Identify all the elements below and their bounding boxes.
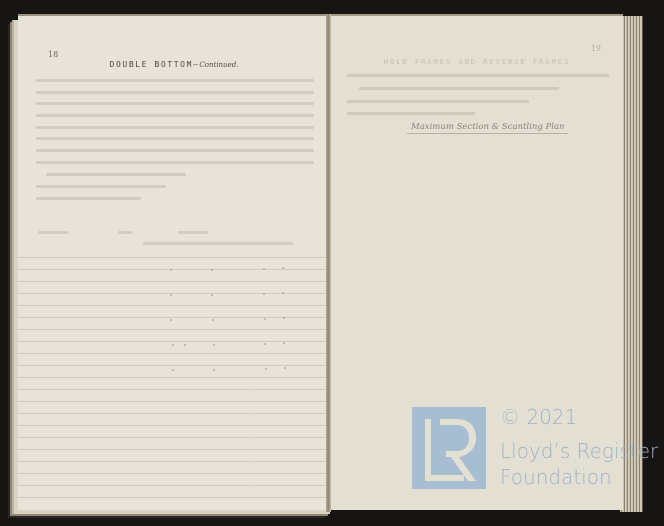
showthrough-text-line <box>46 173 186 176</box>
dot-mark <box>283 317 285 319</box>
watermark-copyright: © 2021 <box>500 405 577 429</box>
dot-mark <box>263 293 265 295</box>
dot-mark <box>284 367 286 369</box>
dot-mark <box>283 342 285 344</box>
lr-logo-icon <box>412 407 486 489</box>
showthrough-text-line <box>38 231 68 234</box>
dot-mark <box>282 267 284 269</box>
showthrough-text-line <box>178 231 208 234</box>
dot-mark <box>265 368 267 370</box>
dot-mark <box>211 294 213 296</box>
showthrough-text-line <box>36 126 314 129</box>
page-number-right: 19 <box>591 44 601 53</box>
heading-title: DOUBLE BOTTOM— <box>110 60 200 69</box>
page-heading: DOUBLE BOTTOM—Continued. <box>18 60 330 69</box>
showthrough-text-line <box>36 197 141 200</box>
showthrough-text-line <box>36 79 314 82</box>
showthrough-text-line <box>36 149 314 152</box>
showthrough-text-line <box>36 114 314 117</box>
showthrough-text-line <box>143 242 293 245</box>
dot-mark <box>172 369 174 371</box>
dot-mark <box>264 318 266 320</box>
showthrough-text-line <box>347 112 475 115</box>
showthrough-text-line <box>118 231 132 234</box>
showthrough-text-line <box>36 161 314 164</box>
lrf-watermark: © 2021 Lloyd’s Register Foundation <box>412 405 652 490</box>
dot-mark <box>282 292 284 294</box>
dot-mark <box>170 319 172 321</box>
dot-mark <box>170 294 172 296</box>
left-page: 18 DOUBLE BOTTOM—Continued. <box>18 14 330 510</box>
handwritten-note: Maximum Section & Scantling Plan <box>407 122 568 134</box>
dot-mark <box>170 269 172 271</box>
showthrough-text-line <box>36 137 314 140</box>
page-number-left: 18 <box>48 50 58 59</box>
showthrough-text-line <box>347 74 609 77</box>
showthrough-text-line <box>359 87 559 90</box>
dot-mark <box>213 344 215 346</box>
ruled-lines <box>18 246 330 502</box>
dot-mark <box>211 269 213 271</box>
heading-continued: Continued. <box>199 61 238 69</box>
dot-mark <box>263 268 265 270</box>
dot-mark <box>213 369 215 371</box>
dot-mark <box>172 344 174 346</box>
showthrough-text-line <box>36 185 166 188</box>
showthrough-text-line <box>36 91 314 94</box>
faint-heading: HOLD FRAMES AND REVERSE FRAMES <box>351 58 603 66</box>
showthrough-text-line <box>36 102 314 105</box>
dot-mark <box>184 344 186 346</box>
dot-mark <box>264 343 266 345</box>
watermark-org-line1: Lloyd’s Register <box>500 439 658 463</box>
book-scan-scene: 18 DOUBLE BOTTOM—Continued. <box>0 0 664 526</box>
watermark-org-line2: Foundation <box>500 465 612 489</box>
showthrough-text-line <box>347 100 529 103</box>
dot-mark <box>212 319 214 321</box>
